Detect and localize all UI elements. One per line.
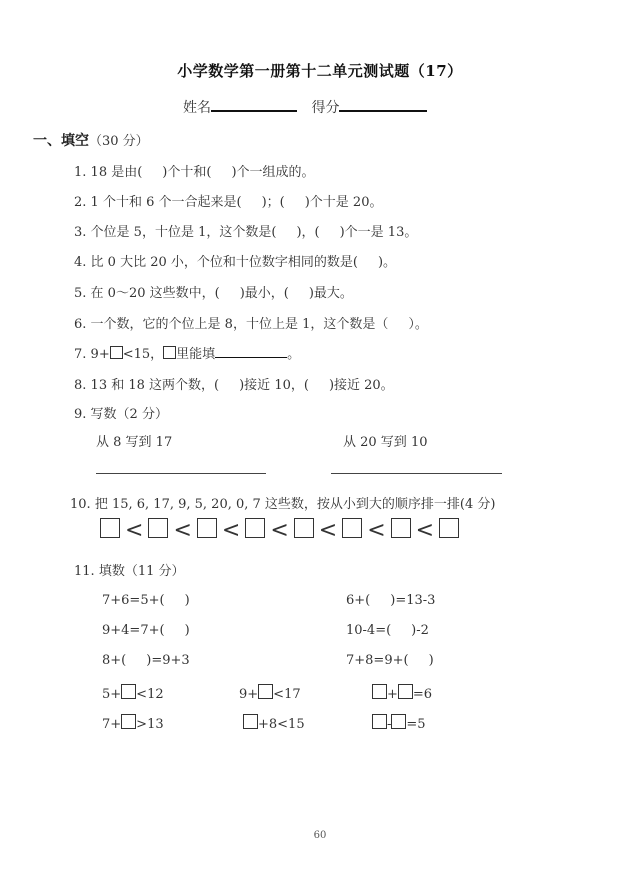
order-box-8[interactable] (439, 518, 459, 538)
order-box-3[interactable] (197, 518, 217, 538)
question-text: <15， (123, 347, 163, 362)
question-1: 1. 18 是由()个十和()个一组成的。 (74, 161, 315, 180)
score-label: 得分 (311, 100, 339, 116)
name-label: 姓名 (183, 100, 211, 116)
question-text: 个位是 5，十位是 1，这个数是( (91, 225, 277, 240)
empty-box[interactable] (391, 714, 406, 729)
section-label: 一、填空 (33, 133, 89, 149)
question-text: )个一组成的。 (231, 165, 314, 180)
empty-box[interactable] (110, 346, 123, 359)
question-text: )；( (262, 195, 285, 210)
order-box-4[interactable] (245, 518, 265, 538)
empty-box[interactable] (398, 684, 413, 699)
box-equation: +8<15 (243, 714, 305, 732)
less-than-sign: < (319, 518, 337, 543)
question-text: )最小，( (240, 286, 289, 301)
equation-text: 7+6=5+( (102, 593, 165, 608)
question-text: 18 是由( (91, 165, 143, 180)
name-field: 姓名 得分 (183, 96, 427, 117)
question-8: 8. 13 和 18 这两个数，()接近 10，()接近 20。 (74, 374, 394, 393)
equation-text: =5 (406, 717, 425, 732)
question-6: 6. 一个数，它的个位上是 8，十位上是 1，这个数是（）。 (74, 313, 428, 332)
question-text: )个十是 20。 (305, 195, 383, 210)
ordering-boxes: <<<<<<< (100, 518, 459, 543)
less-than-sign: < (270, 518, 288, 543)
equation-text: 10-4=( (346, 623, 391, 638)
equation-text: >13 (136, 717, 163, 732)
order-box-7[interactable] (391, 518, 411, 538)
question-number: 8. (74, 378, 86, 393)
order-box-2[interactable] (148, 518, 168, 538)
question-text: 写数（2 分） (91, 407, 168, 422)
equation: 7+6=5+() (102, 593, 190, 608)
question-number: 7. (74, 347, 86, 362)
equation-text: )=13-3 (390, 593, 435, 608)
page-title: 小学数学第一册第十二单元测试题（17） (0, 60, 640, 81)
equation-text: 5+ (102, 687, 121, 702)
less-than-sign: < (125, 518, 143, 543)
empty-box[interactable] (258, 684, 273, 699)
empty-box[interactable] (121, 684, 136, 699)
less-than-sign: < (222, 518, 240, 543)
answer-line[interactable] (215, 345, 287, 358)
question-5: 5. 在 0～20 这些数中，()最小，()最大。 (74, 282, 353, 301)
question-text: 9+ (91, 347, 110, 362)
less-than-sign: < (367, 518, 385, 543)
empty-box (163, 346, 176, 359)
question-number: 4. (74, 255, 86, 270)
equation-text: +8<15 (258, 717, 305, 732)
equation-text: )-2 (411, 623, 429, 638)
question-3: 3. 个位是 5，十位是 1，这个数是()，()个一是 13。 (74, 221, 417, 240)
equation-text: ) (185, 623, 190, 638)
question-number: 2. (74, 195, 86, 210)
question-number: 10. (70, 497, 91, 512)
question-number: 9. (74, 407, 86, 422)
equation: 7+8=9+() (346, 653, 434, 668)
empty-box[interactable] (121, 714, 136, 729)
name-blank[interactable] (211, 96, 297, 112)
equation: 10-4=()-2 (346, 623, 429, 638)
question-number: 5. (74, 286, 86, 301)
question-number: 11. (74, 564, 95, 579)
question-2: 2. 1 个十和 6 个一合起来是()；()个十是 20。 (74, 191, 382, 210)
question-number: 3. (74, 225, 86, 240)
box-equation: -=5 (372, 714, 426, 732)
equation-text: <17 (273, 687, 300, 702)
order-box-1[interactable] (100, 518, 120, 538)
less-than-sign: < (173, 518, 191, 543)
equation: 9+4=7+() (102, 623, 190, 638)
equation-text: )=9+3 (146, 653, 189, 668)
question-text: )个十和( (162, 165, 211, 180)
question-number: 6. (74, 317, 86, 332)
question-text: ）。 (408, 317, 428, 332)
question-text: )。 (378, 255, 396, 270)
q9-left-answer-line[interactable] (96, 473, 266, 474)
question-11: 11. 填数（11 分） (74, 560, 185, 579)
equation: 6+()=13-3 (346, 593, 435, 608)
question-4: 4. 比 0 大比 20 小，个位和十位数字相同的数是()。 (74, 251, 396, 270)
question-number: 1. (74, 165, 86, 180)
section-points: （30 分） (89, 134, 149, 149)
section-heading: 一、填空（30 分） (33, 130, 149, 150)
equation-text: <12 (136, 687, 163, 702)
question-text: 里能填 (176, 347, 215, 362)
question-text: 13 和 18 这两个数，( (91, 378, 220, 393)
question-text: 1 个十和 6 个一合起来是( (91, 195, 242, 210)
equation-text: + (387, 687, 398, 702)
question-7: 7. 9+<15，里能填。 (74, 343, 300, 362)
question-10: 10. 把 15, 6, 17, 9, 5, 20, 0, 7 这些数，按从小到… (70, 493, 495, 512)
order-box-5[interactable] (294, 518, 314, 538)
empty-box[interactable] (372, 684, 387, 699)
equation-text: 6+( (346, 593, 370, 608)
question-text: 一个数，它的个位上是 8，十位上是 1，这个数是（ (91, 317, 389, 332)
question-text: 在 0～20 这些数中，( (91, 286, 220, 301)
page-number: 60 (0, 830, 640, 841)
box-equation: 5+<12 (102, 684, 164, 702)
order-box-6[interactable] (342, 518, 362, 538)
empty-box[interactable] (243, 714, 258, 729)
box-equation: +=6 (372, 684, 432, 702)
q9-left-prompt: 从 8 写到 17 (96, 431, 172, 450)
box-equation: 9+<17 (239, 684, 301, 702)
equation-text: ) (185, 593, 190, 608)
question-text: 填数（11 分） (99, 564, 185, 579)
question-9: 9. 写数（2 分） (74, 403, 168, 422)
equation-text: 7+8=9+( (346, 653, 409, 668)
question-text: )接近 10，( (239, 378, 309, 393)
question-text: 把 15, 6, 17, 9, 5, 20, 0, 7 这些数，按从小到大的顺序… (95, 497, 496, 512)
equation-text: 8+( (102, 653, 126, 668)
question-text: )接近 20。 (329, 378, 394, 393)
equation-text: 7+ (102, 717, 121, 732)
equation-text: ) (429, 653, 434, 668)
equation-text: 9+4=7+( (102, 623, 165, 638)
question-text: )最大。 (309, 286, 353, 301)
question-text: 。 (287, 347, 300, 362)
q9-right-prompt: 从 20 写到 10 (343, 431, 427, 450)
q9-right-answer-line[interactable] (331, 473, 502, 474)
equation-text: =6 (413, 687, 432, 702)
question-text: 比 0 大比 20 小，个位和十位数字相同的数是( (91, 255, 358, 270)
equation-text: 9+ (239, 687, 258, 702)
equation: 8+()=9+3 (102, 653, 190, 668)
box-equation: 7+>13 (102, 714, 164, 732)
question-text: )个一是 13。 (340, 225, 418, 240)
score-blank[interactable] (339, 96, 427, 112)
question-text: )，( (296, 225, 319, 240)
less-than-sign: < (416, 518, 434, 543)
empty-box[interactable] (372, 714, 387, 729)
